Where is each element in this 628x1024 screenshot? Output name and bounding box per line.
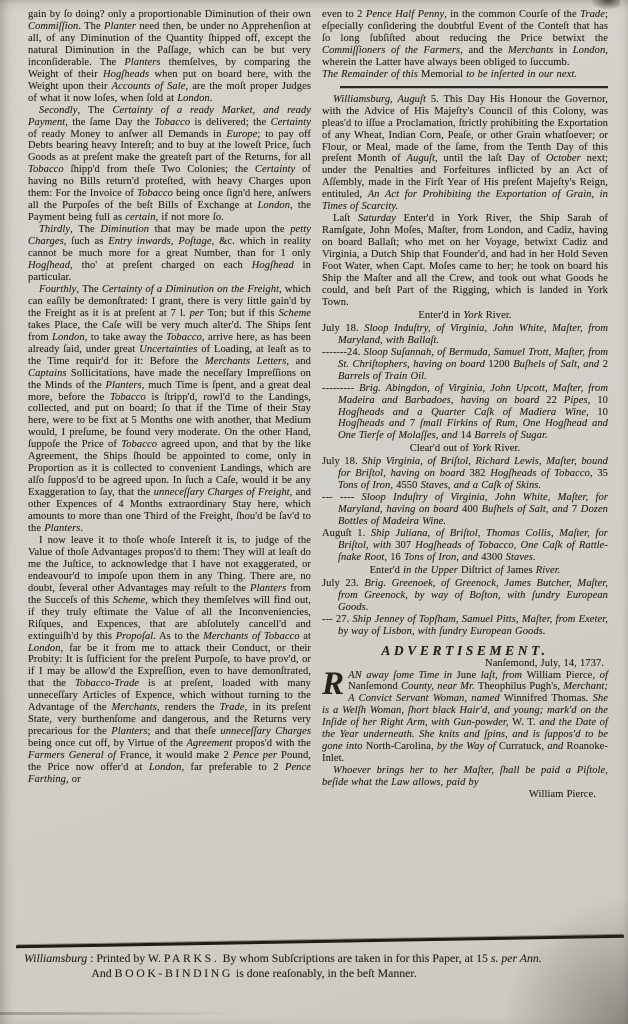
ship-entry: Auguſt 1. Ship Juliana, of Briſtol, Thom… — [322, 528, 608, 564]
right-column: even to 2 Pence Half Penny, in the commo… — [322, 9, 608, 801]
paragraph-thirdly: Thirdly, The Diminution that may be made… — [28, 224, 311, 284]
paragraph-trade-continuation: even to 2 Pence Half Penny, in the commo… — [322, 9, 608, 69]
ship-entry: -------24. Sloop Suſannah, of Bermuda, S… — [322, 347, 608, 383]
heading-entered-york-river: Enter'd in York River. — [322, 310, 608, 322]
newspaper-page: gain by ſo doing? only a proportionable … — [0, 0, 628, 1024]
ship-entry: --- 27. Ship Jenney of Topſham, Samuel P… — [322, 614, 608, 638]
paragraph-fourthly: Fourthly, The Certainty of a Diminution … — [28, 284, 311, 535]
ship-entry: July 23. Brig. Greenoek, of Greenock, Ja… — [322, 578, 608, 614]
paragraph-commission-continuation: gain by ſo doing? only a proportionable … — [28, 9, 311, 105]
paragraph-proclamation: Williamsburg, Auguſt 5. This Day His Hon… — [322, 94, 608, 214]
heading-entered-james-river: Enter'd in the Upper Diſtrict of James R… — [322, 565, 608, 577]
paragraph-conclusion: I now leave it to thoſe whoſe Intereſt i… — [28, 535, 311, 786]
paragraph-remainder-note: The Remainder of this Memorial to be inſ… — [322, 69, 608, 81]
paragraph-ship-sarah: Laſt Saturday Enter'd in York River, the… — [322, 213, 608, 309]
footer-rule — [16, 935, 624, 949]
drop-cap: R — [322, 672, 344, 697]
advertisement-text: AN away ſome Time in June laſt, from Wil… — [322, 670, 608, 765]
ship-entry: --- ---- Sloop Induſtry of Virginia, Joh… — [322, 492, 608, 528]
heading-cleared-york-river: Clear'd out of York River. — [322, 443, 608, 455]
ship-entry: July 18. Ship Virginia, of Briſtol, Rich… — [322, 456, 608, 492]
ship-entry: July 18. Sloop Induſtry, of Virginia, Jo… — [322, 323, 608, 347]
imprint-line-2: And BOOK-BINDING is done reaſonably, in … — [0, 966, 628, 981]
advertisement-signature: William Pierce. — [322, 789, 608, 801]
ship-entry: --------- Brig. Abingdon, of Virginia, J… — [322, 383, 608, 443]
paragraph-secondly: Secondly, The Certainty of a ready Marke… — [28, 105, 311, 225]
advertisement-body: RAN away ſome Time in June laſt, from Wi… — [322, 670, 608, 766]
advertisement-heading: ADVERTISEMENT. — [322, 645, 608, 657]
advertisement-reward-line: Whoever brings her to her Maſter, ſhall … — [322, 765, 608, 789]
imprint-line-1: Williamsburg : Printed by W. PARKS. By w… — [0, 951, 628, 966]
advertisement-dateline: Nanſemond, July, 14, 1737. — [322, 658, 608, 670]
left-column: gain by ſo doing? only a proportionable … — [28, 9, 311, 786]
printer-imprint: Williamsburg : Printed by W. PARKS. By w… — [0, 951, 628, 981]
scan-streak — [0, 1012, 240, 1015]
section-divider-rule — [340, 86, 608, 88]
